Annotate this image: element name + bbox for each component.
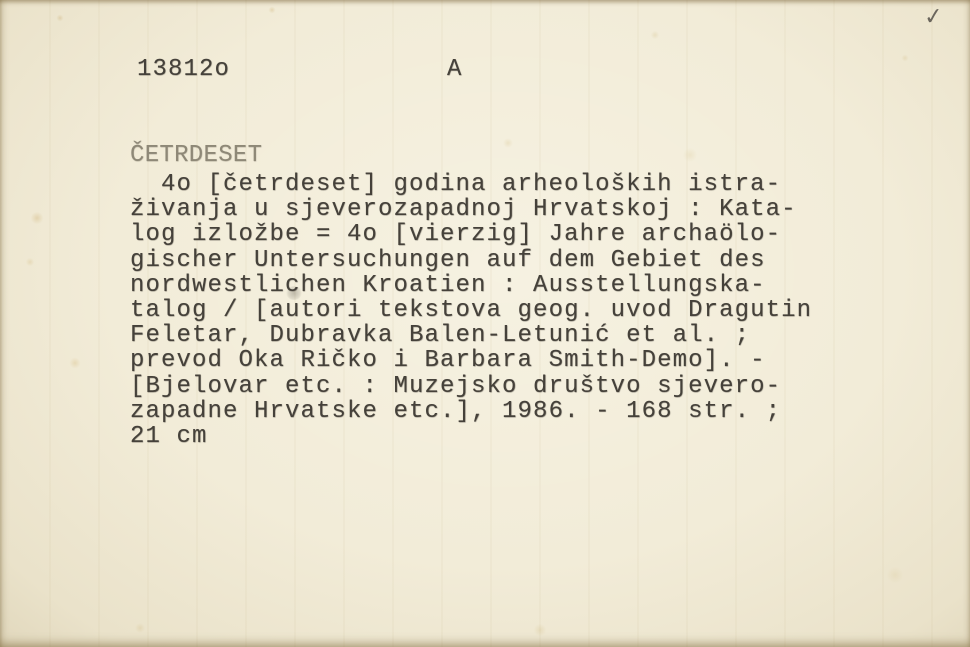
- checkmark-annotation: ✓: [923, 3, 945, 31]
- catalog-card: 13812o A ČETRDESET 4o [četrdeset] godina…: [0, 0, 970, 647]
- entry-line: prevod Oka Ričko i Barbara Smith-Demo]. …: [130, 348, 890, 373]
- entry-line: [Bjelovar etc. : Muzejsko društvo sjever…: [130, 374, 890, 399]
- call-number: 13812o: [137, 56, 230, 83]
- entry-line: nordwestlichen Kroatien : Ausstellungska…: [130, 273, 890, 298]
- entry-line: 4o [četrdeset] godina arheoloških istra-: [130, 172, 890, 197]
- entry-line: živanja u sjeverozapadnoj Hrvatskoj : Ka…: [130, 197, 890, 222]
- entry-line: 21 cm: [130, 424, 890, 449]
- heading-word: ČETRDESET: [130, 142, 262, 169]
- entry-line: Feletar, Dubravka Balen-Letunić et al. ;: [130, 323, 890, 348]
- header-row: 13812o A: [137, 56, 837, 83]
- section-letter: A: [447, 56, 463, 83]
- entry-line: zapadne Hrvatske etc.], 1986. - 168 str.…: [130, 399, 890, 424]
- entry-line: gischer Untersuchungen auf dem Gebiet de…: [130, 248, 890, 273]
- entry-line: talog / [autori tekstova geog. uvod Drag…: [130, 298, 890, 323]
- entry-line: log izložbe = 4o [vierzig] Jahre archaöl…: [130, 222, 890, 247]
- catalog-entry: 4o [četrdeset] godina arheoloških istra-…: [130, 172, 890, 449]
